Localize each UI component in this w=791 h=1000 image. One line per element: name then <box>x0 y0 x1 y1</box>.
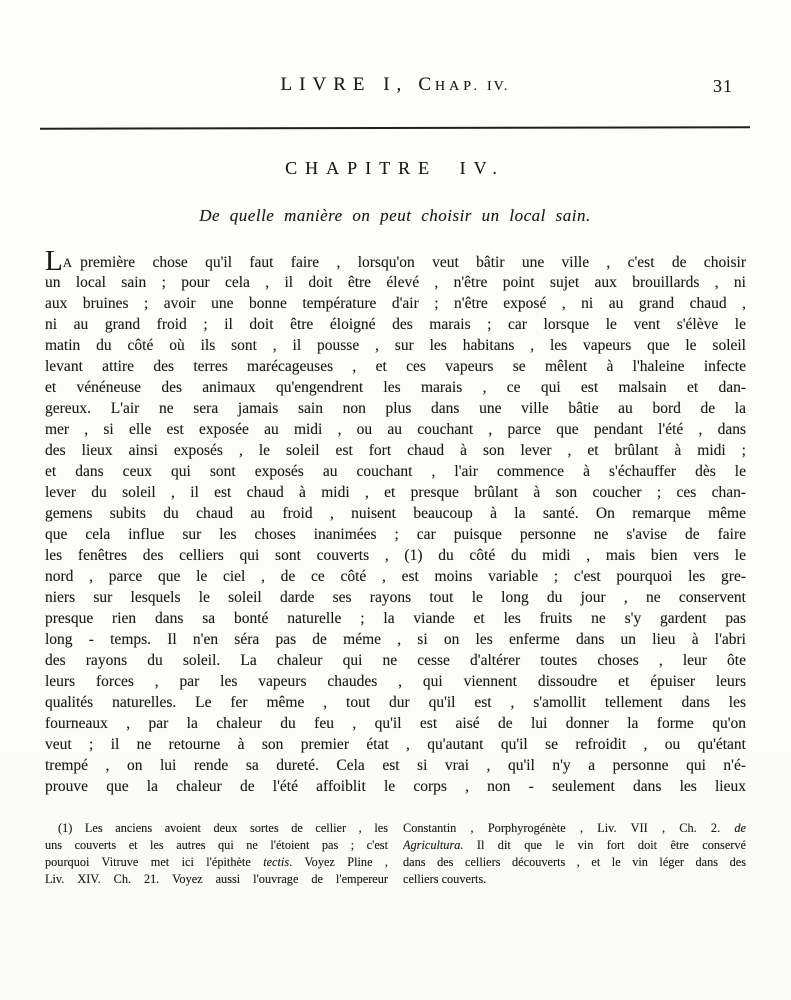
body-line: les fenêtres des celliers qui sont couve… <box>45 545 746 566</box>
body-line: et vénéneuse des animaux qu'engendrent l… <box>45 377 746 398</box>
body-line: nord , parce que le ciel , de ce côté , … <box>45 566 746 587</box>
raised-initial: L <box>45 251 63 272</box>
footnote-line: (1) Les anciens avoient deux sortes de c… <box>45 820 388 837</box>
body-line: des lieux ainsi exposés , le soleil est … <box>45 440 746 461</box>
footnote-line: uns couverts et les autres qui ne l'étoi… <box>45 837 388 854</box>
footnote-line: Agricultura. Il dit que le vin fort doit… <box>403 837 746 854</box>
footnote-line: celliers couverts. <box>403 871 746 888</box>
body-line: lever du soleil , il est chaud à midi , … <box>45 482 746 503</box>
body-line: prouve que la chaleur de l'été affoiblit… <box>45 776 746 797</box>
body-line: ni au grand froid ; il doit être éloigné… <box>45 314 746 335</box>
body-line: presque rien dans sa bonté naturelle ; l… <box>45 608 746 629</box>
body-line: leurs forces , par les vapeurs chaudes ,… <box>45 671 746 692</box>
body-line-text: première chose qu'il faut faire , lorsqu… <box>80 254 746 271</box>
running-header-chap-initial: C <box>418 74 435 95</box>
divider-rule <box>40 126 750 129</box>
body-line: des rayons du soleil. La chaleur qui ne … <box>45 650 746 671</box>
footnote-column-right: Constantin , Porphyrogénète , Liv. VII ,… <box>403 820 746 888</box>
body-line: gemens subits du chaud au froid , nuisen… <box>45 503 746 524</box>
body-line: mer , si elle est exposée au midi , ou a… <box>45 419 746 440</box>
chapter-subtitle: De quelle manière on peut choisir un loc… <box>45 206 745 226</box>
body-line: niers sur lesquels le soleil darde ses r… <box>45 587 746 608</box>
footnote-line: pourquoi Vitruve met ici l'épithète tect… <box>45 854 388 871</box>
body-line: long - temps. Il n'en séra pas de méme ,… <box>45 629 746 650</box>
body-line-first: LApremière chose qu'il faut faire , lors… <box>45 251 746 272</box>
raised-initial-follow: A <box>63 255 73 270</box>
chapter-heading: CHAPITRE IV. <box>45 158 745 179</box>
footnote-section: (1) Les anciens avoient deux sortes de c… <box>45 820 746 888</box>
body-line: trempé , on lui rende sa dureté. Cela es… <box>45 755 746 776</box>
footnote-line: dans des celliers découverts , et le vin… <box>403 854 746 871</box>
body-line: gereux. L'air ne sera jamais sain non pl… <box>45 398 746 419</box>
body-line: qualités naturelles. Le fer même , tout … <box>45 692 746 713</box>
book-page-scan: LIVRE I,CHAP.IV. 31 CHAPITRE IV. De quel… <box>0 0 791 1000</box>
body-paragraph: LApremière chose qu'il faut faire , lors… <box>45 251 746 797</box>
body-line: et dans ceux qui sont exposés au couchan… <box>45 461 746 482</box>
running-header-chap: HAP. <box>435 79 481 94</box>
body-line: fourneaux , par la chaleur du feu , qu'i… <box>45 713 746 734</box>
body-line: aux bruines ; avoir une bonne températur… <box>45 293 746 314</box>
body-line: levant attire des terres marécageuses , … <box>45 356 746 377</box>
running-header-chap-num: IV. <box>487 79 509 94</box>
footnote-line: Liv. XIV. Ch. 21. Voyez aussi l'ouvrage … <box>45 871 388 888</box>
running-header-book: LIVRE I, <box>281 74 409 95</box>
body-line: veut ; il ne retourne à son premier état… <box>45 734 746 755</box>
body-line: que cela influe sur les choses inanimées… <box>45 524 746 545</box>
page-number: 31 <box>713 76 733 97</box>
body-line: matin du côté où ils sont , il pousse , … <box>45 335 746 356</box>
footnote-line: Constantin , Porphyrogénète , Liv. VII ,… <box>403 820 746 837</box>
running-header: LIVRE I,CHAP.IV. <box>45 74 745 96</box>
body-line: un local sain ; pour cela , il doit être… <box>45 272 746 293</box>
footnote-column-left: (1) Les anciens avoient deux sortes de c… <box>45 820 388 888</box>
